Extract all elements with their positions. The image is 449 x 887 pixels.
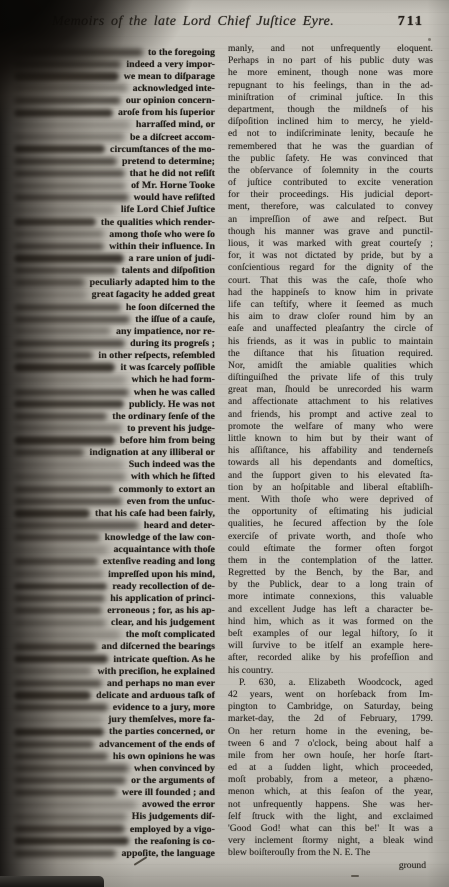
ink-smudge — [14, 425, 122, 431]
line-text: the ordinary ſenſe of the — [112, 411, 215, 422]
ink-smudge — [14, 595, 105, 602]
text-line: even from the unſuc- — [14, 495, 215, 507]
text-line: that his caſe had been fairly, — [14, 507, 215, 519]
text-line: the reaſoning is co- — [14, 835, 215, 847]
line-text: ready recollection of de- — [112, 581, 215, 592]
line-text: appoſite, the language — [121, 848, 215, 859]
scanned-book-page: Memoirs of the late Lord Chief Juſtice E… — [0, 0, 449, 887]
text-line: life Lord Chief Juſtice — [14, 204, 215, 216]
text-line: the obſervance of ſolemnity in the court… — [228, 165, 433, 177]
text-line: the opportunity of eſtimating his judici… — [228, 506, 433, 518]
text-line: hind him, which as it was formed on the — [228, 616, 433, 628]
ink-smudge — [14, 534, 100, 541]
text-line: talents and diſpoſition — [14, 265, 215, 277]
text-line: he more eminent, though none was more — [228, 67, 433, 79]
line-text: that he did not reſiſt — [130, 168, 215, 179]
text-line: manly, and not unfrequently eloquent. — [228, 43, 433, 55]
text-line: of juſtice contributed to excite venerat… — [228, 177, 433, 189]
ink-smudge — [14, 728, 104, 737]
text-line: to the foregoing — [14, 46, 215, 58]
text-line: jury themſelves, more fa- — [14, 714, 215, 726]
text-line: ed not to indiſcriminate lenity, becauſe… — [228, 128, 433, 140]
text-line: diſpoſition inclined him to mercy, he yi… — [228, 116, 433, 128]
line-text: the iſſue of a cauſe, — [135, 314, 215, 325]
text-line: an impreſſion of awe and reſpect. But — [228, 214, 433, 226]
ink-smudge — [14, 389, 129, 396]
page-title: Memoirs of the late Lord Chief Juſtice E… — [52, 14, 334, 30]
text-line: heard and deter- — [14, 519, 215, 531]
ink-smudge — [14, 194, 129, 201]
text-line: life can teſtify, where it ſeemed as muc… — [228, 299, 433, 311]
text-line: miniſtration of criminal juſtice. In thi… — [228, 92, 433, 104]
line-text: be a diſcreet accom- — [130, 132, 215, 143]
text-line: the moſt complicated — [14, 629, 215, 641]
line-text: harraſſed mind, or — [136, 119, 215, 130]
text-line: his own opinions he was — [14, 750, 215, 762]
line-text: the qualities which render- — [101, 217, 215, 228]
line-text: to the foregoing — [148, 47, 215, 58]
line-text: the parties concerned, or — [109, 726, 215, 737]
ink-smudge — [14, 72, 119, 81]
text-line: Regretted by the Bench, by the Bar, and — [228, 567, 433, 579]
text-line: intricate queſtion. As he — [14, 653, 215, 665]
ink-smudge — [14, 632, 121, 638]
ink-smudge — [14, 377, 127, 383]
line-text: were ill founded ; and — [122, 787, 215, 798]
line-text: among thoſe who were ſo — [109, 229, 215, 240]
text-line: department, though the mildneſs of his — [228, 104, 433, 116]
line-text: avowed the error — [142, 799, 215, 810]
text-line: to prevent his judge- — [14, 422, 215, 434]
catchword: ground — [228, 860, 426, 871]
line-text: or the arguments of — [131, 775, 215, 786]
text-line: remembered that he was the guardian of — [228, 141, 433, 153]
line-text: heard and deter- — [144, 520, 215, 531]
text-line: the qualities which render- — [14, 216, 215, 228]
text-line: towards all his dependants and domeſtics… — [228, 457, 433, 469]
text-line: indignation at any illiberal or — [14, 447, 215, 459]
text-line: knowledge of the law con- — [14, 532, 215, 544]
ink-smudge — [14, 254, 124, 263]
text-line: clear, and his judgement — [14, 617, 215, 629]
ink-smudge — [14, 825, 125, 833]
text-line: Nor, amidſt the amiable qualities which — [228, 360, 433, 372]
text-line: be a diſcreet accom- — [14, 131, 215, 143]
text-line: during its progreſs ; — [14, 337, 215, 349]
text-line: erroneous ; for, as his ap- — [14, 604, 215, 616]
text-line: conſcientious regard for the dignity of … — [228, 262, 433, 274]
text-line: court. That this was the caſe, thoſe who — [228, 275, 433, 287]
text-line: great man, ſhould be unrecorded his warm — [228, 384, 433, 396]
text-line: tion by an hoſpitable and liberal eſtabl… — [228, 482, 433, 494]
text-line: he ſoon diſcerned the — [14, 301, 215, 313]
text-line: and affectionate attachment to his relat… — [228, 396, 433, 408]
ink-smudge — [14, 279, 85, 287]
text-line: ment. With thoſe who were deprived of — [228, 494, 433, 506]
line-text: before him from being — [120, 435, 215, 446]
line-text: during its progreſs ; — [130, 338, 215, 349]
text-line: very inclement ſtormy night, a bleak win… — [228, 835, 433, 847]
line-text: Such indeed was the — [129, 459, 215, 470]
line-text: advancement of the ends of — [99, 739, 215, 750]
text-line: 42 years, went on horſeback from Im- — [228, 689, 433, 701]
text-line: would have reſiſted — [14, 192, 215, 204]
ink-smudge — [14, 765, 129, 773]
ink-smudge — [14, 145, 105, 154]
line-text: any impatience, nor re- — [116, 326, 215, 337]
text-line: qualities, he ſecured affection by the ſ… — [228, 518, 433, 530]
ink-smudge — [14, 109, 113, 118]
text-line: his aſſiſtance, his affability and tende… — [228, 445, 433, 457]
text-line: of Mr. Horne Tooke — [14, 180, 215, 192]
ink-smudge — [14, 170, 125, 177]
ink-smudge — [14, 789, 117, 796]
text-line: menon which, at this ſeaſon of the year, — [228, 786, 433, 798]
line-text: his own opinions he was — [113, 751, 215, 762]
running-header: Memoirs of the late Lord Chief Juſtice E… — [52, 14, 424, 30]
ink-smudge — [14, 436, 115, 445]
text-line: and perhaps no man ever — [14, 677, 215, 689]
line-text: clear, and his judgement — [111, 617, 215, 628]
scan-edge-strip — [0, 876, 104, 887]
text-line: his application of princi- — [14, 592, 215, 604]
text-line: the ordinary ſenſe of the — [14, 410, 215, 422]
text-line: advancement of the ends of — [14, 738, 215, 750]
line-text: the reaſoning is co- — [134, 836, 215, 847]
text-line: could eſtimate the former often forgot — [228, 543, 433, 555]
text-line: the public ſafety. He was convinced that — [228, 153, 433, 165]
ink-smudge — [14, 400, 124, 408]
text-line: appoſite, the language — [14, 847, 215, 859]
line-text: His judgements diſ- — [132, 811, 215, 822]
line-text: indeed a very impor- — [126, 59, 215, 70]
line-text: in other reſpects, reſembled — [98, 350, 215, 361]
text-line: and friends, his prompt and active zeal … — [228, 409, 433, 421]
text-line: his aim to draw cloſer round him by an — [228, 311, 433, 323]
text-line: for, it was not dictated by pride, but b… — [228, 250, 433, 262]
ink-smudge — [14, 243, 104, 250]
ink-smudge — [14, 522, 139, 530]
text-line: though his manner was grave and punctil- — [228, 226, 433, 238]
line-text: when convinced by — [134, 763, 215, 774]
line-text: life Lord Chief Juſtice — [121, 204, 215, 215]
text-line: when he was called — [14, 386, 215, 398]
line-text: erroneous ; for, as his ap- — [107, 605, 215, 616]
line-text: indignation at any illiberal or — [89, 447, 215, 458]
text-line: within their influence. In — [14, 240, 215, 252]
line-text: circumſtances of the mo- — [110, 144, 215, 155]
line-text: of Mr. Horne Tooke — [131, 180, 215, 191]
ink-smudge — [14, 413, 107, 420]
text-line: tween 6 and 7 o'clock, being about half … — [228, 738, 433, 750]
text-line: market-day, the 2d of February, 1799. — [228, 713, 433, 725]
text-line: and the ſupport given to his elevated ſt… — [228, 470, 433, 482]
line-text: with preciſion, he explained — [97, 666, 215, 677]
text-line: pretend to determine; — [14, 155, 215, 167]
text-line: Perhaps in no part of his public duty wa… — [228, 55, 433, 67]
text-line: when convinced by — [14, 762, 215, 774]
text-line: extenſive reading and long — [14, 556, 215, 568]
text-line: great ſagacity he added great — [14, 289, 215, 301]
line-text: it was ſcarcely poſſible — [120, 362, 215, 373]
ink-smudge — [14, 607, 102, 614]
ink-smudge — [14, 583, 107, 591]
line-text: peculiarly adapted him to the — [90, 277, 215, 288]
text-line: harraſſed mind, or — [14, 119, 215, 131]
line-text: pretend to determine; — [122, 156, 215, 167]
ink-smudge — [14, 717, 103, 723]
ink-smudge — [14, 814, 127, 820]
ink-speck — [428, 38, 431, 41]
text-line: moſt probably, from a meteor, a phæno- — [228, 774, 433, 786]
text-line: peculiarly adapted him to the — [14, 277, 215, 289]
ink-smudge — [14, 449, 84, 456]
line-text: great ſagacity he added great — [92, 289, 215, 300]
ink-smudge — [14, 183, 126, 189]
line-text: that his caſe had been fairly, — [95, 508, 215, 519]
text-line: for their proceedings. His judicial depo… — [228, 189, 433, 201]
ink-smudge — [14, 316, 130, 323]
text-line: ed at a ſudden light, which proceeded, — [228, 762, 433, 774]
text-line: and excellent Judge has left a character… — [228, 604, 433, 616]
text-line: mile from her own houſe, her horſe ſtart… — [228, 750, 433, 762]
ink-smudge — [14, 158, 117, 166]
line-text: employed by a vigo- — [130, 824, 215, 835]
line-text: talents and diſpoſition — [122, 265, 215, 276]
text-line: with which he ſifted — [14, 471, 215, 483]
line-text: acquaintance with thoſe — [113, 544, 215, 555]
ink-smudge — [14, 134, 125, 140]
ink-smudge — [14, 352, 93, 359]
line-text: aroſe from his ſuperior — [118, 107, 215, 118]
text-line: the diſtance that his ſituation required… — [228, 348, 433, 360]
ink-smudge — [14, 328, 111, 334]
ink-smudge — [14, 292, 87, 298]
text-line: eaſe and unaffected pleaſantry the circl… — [228, 323, 433, 335]
text-line: exerciſe of private worth, and thoſe who — [228, 531, 433, 543]
text-line: ready recollection of de- — [14, 580, 215, 592]
text-line: publicly. He was not — [14, 398, 215, 410]
line-text: to prevent his judge- — [127, 423, 215, 434]
text-line: or the arguments of — [14, 774, 215, 786]
ink-smudge — [14, 498, 122, 505]
text-line: acquaintance with thoſe — [14, 544, 215, 556]
text-line: his country. — [228, 665, 433, 677]
text-line: his friends, as it was in public to main… — [228, 336, 433, 348]
line-text: which he had form- — [132, 374, 215, 385]
text-line: lious, it was marked with great courteſy… — [228, 238, 433, 250]
ink-smudge — [14, 753, 108, 760]
pen-mark — [351, 875, 359, 877]
text-line: repugnant to his feelings, than in the a… — [228, 80, 433, 92]
ink-smudge — [14, 363, 115, 372]
ink-smudge — [14, 741, 94, 748]
text-line: evidence to a jury, more — [14, 702, 215, 714]
line-text: evidence to a jury, more — [113, 702, 215, 713]
line-text: with which he ſifted — [131, 471, 215, 482]
line-text: our opinion concern- — [126, 95, 215, 106]
text-line: commonly to extort an — [14, 483, 215, 495]
text-line: any impatience, nor re- — [14, 325, 215, 337]
text-line: ment, therefore, was calculated to conve… — [228, 201, 433, 213]
text-line: ſelf ſtruck with the light, and exclaime… — [228, 811, 433, 823]
text-line: circumſtances of the mo- — [14, 143, 215, 155]
text-line: with preciſion, he explained — [14, 665, 215, 677]
text-line: acknowledged inte- — [14, 82, 215, 94]
text-line: Such indeed was the — [14, 459, 215, 471]
text-line: 'Good God! what can this be!' It was a — [228, 823, 433, 835]
ink-smudge — [14, 97, 121, 105]
text-line: we mean to diſparage — [14, 70, 215, 82]
line-text: even from the unſuc- — [127, 496, 215, 507]
ink-smudge — [14, 462, 124, 468]
text-line: after, recorded alike by his profeſſion … — [228, 652, 433, 664]
text-line: promote the welfare of many who were — [228, 421, 433, 433]
ink-smudge — [14, 340, 125, 348]
line-text: his application of princi- — [110, 593, 215, 604]
text-line: and diſcerned the bearings — [14, 641, 215, 653]
line-text: impreſſed upon his mind, — [108, 569, 215, 580]
text-line: our opinion concern- — [14, 95, 215, 107]
ink-smudge — [14, 850, 116, 857]
text-line: more intimate connexions, this valuable — [228, 591, 433, 603]
ink-smudge — [14, 620, 106, 626]
text-line: before him from being — [14, 435, 215, 447]
line-text: extenſive reading and long — [103, 556, 215, 567]
ink-smudge — [14, 655, 108, 664]
text-line: avowed the error — [14, 799, 215, 811]
line-text: jury themſelves, more fa- — [108, 714, 215, 725]
text-line: by the Publick, dear to a long train of — [228, 579, 433, 591]
ink-smudge — [14, 547, 108, 553]
text-line: His judgements diſ- — [14, 811, 215, 823]
ink-smudge — [14, 218, 96, 226]
text-line: were ill founded ; and — [14, 787, 215, 799]
line-text: within their influence. In — [109, 241, 215, 252]
line-text: commonly to extort an — [119, 484, 215, 495]
ink-smudge — [14, 122, 131, 128]
line-text: we mean to diſparage — [124, 71, 215, 82]
text-line: aroſe from his ſuperior — [14, 107, 215, 119]
ink-smudge — [14, 777, 126, 784]
ink-smudge — [14, 207, 116, 213]
line-text: publicly. He was not — [129, 399, 215, 410]
ink-smudge — [14, 704, 108, 712]
text-line: a rare union of judi- — [14, 252, 215, 264]
ink-smudge — [14, 668, 92, 674]
right-column: manly, and not unfrequently eloquent.Per… — [228, 43, 433, 860]
left-column: to the foregoingindeed a very impor-we m… — [14, 46, 215, 859]
text-line: not unfrequently happens. She was her- — [228, 799, 433, 811]
ink-smudge — [14, 85, 128, 91]
text-line: delicate and arduous taſk of — [14, 689, 215, 701]
ink-smudge — [14, 304, 121, 311]
ink-smudge — [14, 49, 143, 56]
ink-smudge — [14, 558, 98, 565]
ink-smudge — [14, 61, 121, 68]
text-line: it was ſcarcely poſſible — [14, 362, 215, 374]
text-line: On her return home in the evening, be- — [228, 726, 433, 738]
line-text: and diſcerned the bearings — [102, 641, 216, 652]
text-line: indeed a very impor- — [14, 58, 215, 70]
ink-smudge — [14, 571, 103, 577]
text-line: that he did not reſiſt — [14, 167, 215, 179]
text-line: the parties concerned, or — [14, 726, 215, 738]
text-line: them in the contemplation of the latter. — [228, 555, 433, 567]
text-line: diſtinguiſhed the private life of this t… — [228, 372, 433, 384]
ink-smudge — [14, 509, 90, 518]
text-line: beſt examples of our legal hiſtory, ſo i… — [228, 628, 433, 640]
ink-smudge — [14, 486, 114, 493]
ink-smudge — [14, 643, 97, 651]
ink-speck — [415, 22, 417, 24]
text-line: will ſurvive to be itſelf an example her… — [228, 640, 433, 652]
ink-smudge — [14, 231, 104, 237]
text-line: in other reſpects, reſembled — [14, 350, 215, 362]
line-text: and perhaps no man ever — [107, 678, 215, 689]
text-line: had the happineſs to know him in private — [228, 287, 433, 299]
line-text: knowledge of the law con- — [105, 532, 215, 543]
line-text: delicate and arduous taſk of — [96, 690, 215, 701]
page-number: 711 — [398, 14, 424, 30]
text-line: among thoſe who were ſo — [14, 228, 215, 240]
text-line: P. 630, a. Elizabeth Woodcock, aged — [228, 677, 433, 689]
line-text: would have reſiſted — [134, 192, 215, 203]
line-text: intricate queſtion. As he — [113, 654, 215, 665]
ink-smudge — [14, 802, 137, 808]
text-line: impreſſed upon his mind, — [14, 568, 215, 580]
ink-smudge — [14, 837, 129, 846]
text-line: blew boiſterouſly from the N. E. The — [228, 847, 433, 859]
line-text: when he was called — [134, 387, 215, 398]
line-text: a rare union of judi- — [129, 253, 215, 264]
line-text: the moſt complicated — [126, 629, 215, 640]
line-text: he ſoon diſcerned the — [126, 302, 215, 313]
ink-smudge — [14, 267, 117, 274]
text-line: the iſſue of a cauſe, — [14, 313, 215, 325]
text-line: employed by a vigo- — [14, 823, 215, 835]
text-line: pington to Cambridge, on Saturday, being — [228, 701, 433, 713]
text-line: which he had form- — [14, 374, 215, 386]
text-line: little known to him but by their want of — [228, 433, 433, 445]
line-text: acknowledged inte- — [133, 83, 215, 94]
ink-smudge — [14, 680, 102, 687]
ink-smudge — [14, 691, 91, 700]
ink-smudge — [14, 474, 126, 480]
